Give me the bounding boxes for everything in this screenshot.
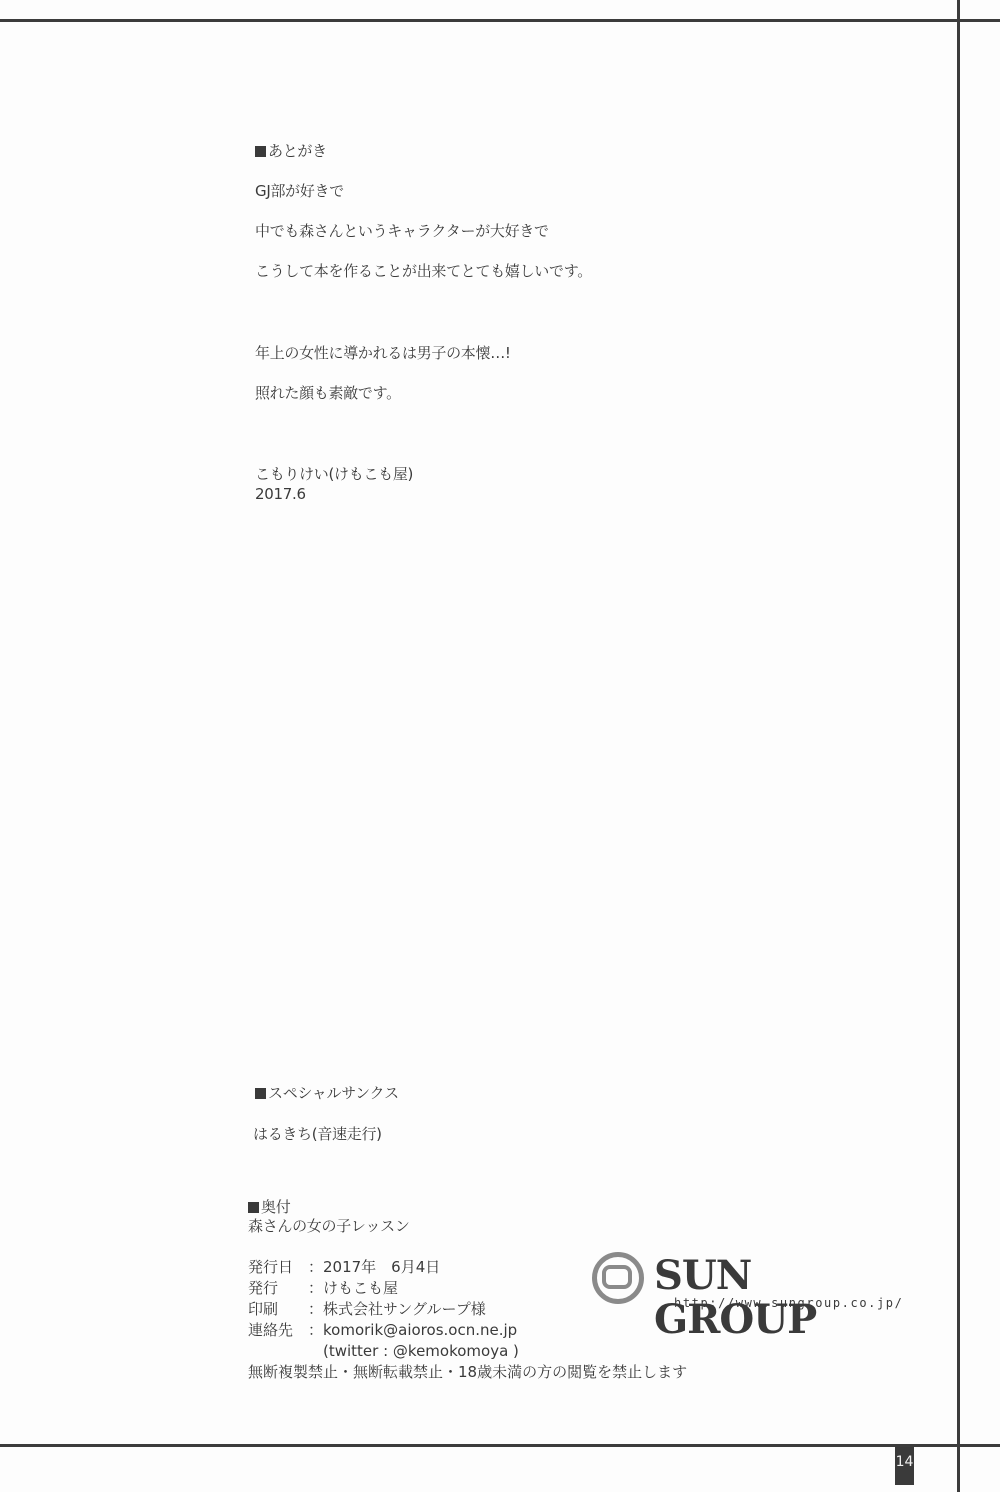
book-title: 森さんの女の子レッスン bbox=[248, 1216, 410, 1236]
colophon-label: 発行 bbox=[248, 1278, 308, 1298]
bottom-rule bbox=[0, 1444, 1000, 1447]
sun-group-url: http://www.sungroup.co.jp/ bbox=[674, 1296, 903, 1310]
special-thanks-heading-text: スペシャルサンクス bbox=[268, 1084, 399, 1102]
afterword-heading: あとがき bbox=[255, 141, 327, 161]
author-signature: こもりけい(けもこも屋) bbox=[255, 464, 413, 484]
right-rule bbox=[957, 0, 960, 1492]
afterword-line: 中でも森さんというキャラクターが大好きで bbox=[255, 221, 549, 241]
afterword-date: 2017.6 bbox=[255, 484, 306, 504]
colophon-value: ：株式会社サングループ様 bbox=[308, 1300, 486, 1318]
twitter-handle: (twitter : @kemokomoya ) bbox=[308, 1342, 519, 1360]
colophon-label: 連絡先 bbox=[248, 1320, 308, 1340]
afterword-line: 照れた顔も素敵です。 bbox=[255, 383, 401, 403]
page-number: 14 bbox=[895, 1447, 914, 1485]
square-bullet-icon bbox=[248, 1202, 259, 1213]
afterword-heading-text: あとがき bbox=[268, 142, 327, 160]
square-bullet-icon bbox=[255, 146, 266, 157]
colophon-row-publisher: 発行：けもこも屋 bbox=[248, 1278, 398, 1298]
colophon-value: ：2017年 6月4日 bbox=[308, 1258, 440, 1276]
afterword-line: GJ部が好きで bbox=[255, 181, 344, 201]
colophon-row-contact: 連絡先：komorik@aioros.ocn.ne.jp bbox=[248, 1320, 517, 1340]
special-thanks-name: はるきち(音速走行) bbox=[253, 1124, 382, 1144]
colophon-heading-text: 奥付 bbox=[261, 1198, 290, 1216]
top-rule bbox=[0, 19, 1000, 22]
special-thanks-heading: スペシャルサンクス bbox=[255, 1083, 399, 1103]
afterword-line: こうして本を作ることが出来てとても嬉しいです。 bbox=[255, 261, 592, 281]
colophon-row-printer: 印刷：株式会社サングループ様 bbox=[248, 1299, 486, 1319]
colophon-row-date: 発行日：2017年 6月4日 bbox=[248, 1257, 440, 1277]
sun-group-emblem-inner-icon bbox=[602, 1265, 632, 1289]
sun-group-logo: SUN GROUP http://www.sungroup.co.jp/ bbox=[592, 1252, 912, 1314]
colophon-value: ：けもこも屋 bbox=[308, 1279, 398, 1297]
colophon-label: 印刷 bbox=[248, 1299, 308, 1319]
contact-email: ：komorik@aioros.ocn.ne.jp bbox=[308, 1321, 517, 1339]
afterword-line: 年上の女性に導かれるは男子の本懐…! bbox=[255, 343, 511, 363]
colophon-heading: 奥付 bbox=[248, 1197, 290, 1217]
square-bullet-icon bbox=[255, 1088, 266, 1099]
colophon-row-twitter: (twitter : @kemokomoya ) bbox=[248, 1341, 519, 1361]
copyright-notice: 無断複製禁止・無断転載禁止・18歳未満の方の閲覧を禁止します bbox=[248, 1362, 687, 1382]
colophon-label: 発行日 bbox=[248, 1257, 308, 1277]
